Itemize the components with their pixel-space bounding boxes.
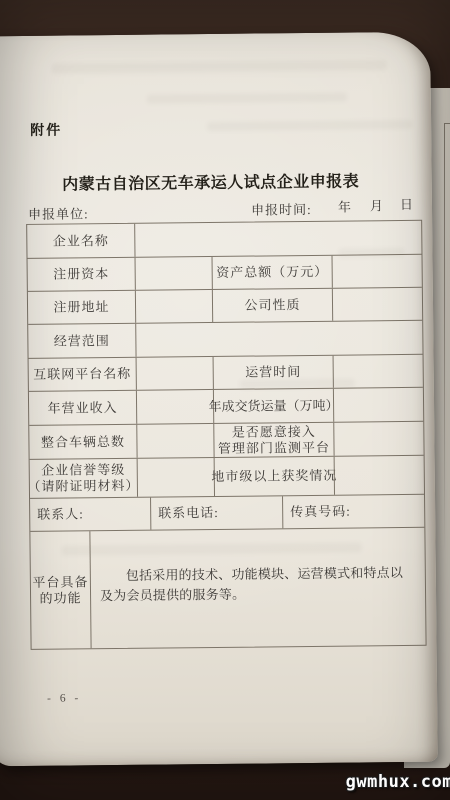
field-label: 经营范围 (54, 333, 110, 350)
table-row-platform-name: 互联网平台名称 运营时间 (29, 354, 423, 391)
table-label-cell: 互联网平台名称 (29, 358, 136, 391)
field-label: 年营业收入 (47, 400, 117, 417)
table-value-cell (135, 290, 212, 323)
contact-phone-label: 联系电话: (158, 505, 219, 522)
field-label: 企业信誉等级 （请附证明材料） (27, 462, 139, 495)
photo-background: 附件 内蒙古自治区无车承运人试点企业申报表 申报单位: 申报时间: 年 月 日 … (0, 0, 450, 800)
underlying-table-line-vertical (444, 123, 445, 553)
table-value-cell (137, 458, 214, 497)
table-content-cell: 包括采用的技术、功能模块、运营模式和特点以及为会员提供的服务等。 (89, 528, 425, 649)
table-value-cell (135, 257, 212, 290)
field-label: 平台具备 的功能 (32, 574, 88, 607)
year-label: 年 (338, 197, 351, 216)
table-label-cell: 运营时间 (213, 356, 333, 389)
table-value-cell (333, 388, 423, 422)
field-label: 互联网平台名称 (33, 366, 131, 383)
table-label-cell: 注册资本 (28, 258, 135, 291)
table-value-cell (136, 357, 213, 390)
table-label-cell: 是否愿意接入 管理部门监测平台 (213, 423, 333, 457)
table-value-cell (332, 255, 422, 288)
table-row-platform-functions: 平台具备 的功能 包括采用的技术、功能模块、运营模式和特点以及为会员提供的服务等… (30, 527, 425, 649)
table-value-cell (136, 390, 213, 424)
table-value-cell (332, 288, 422, 321)
table-label-cell: 联系人: (30, 498, 150, 531)
declare-time-label: 申报时间: (251, 199, 312, 219)
table-label-cell: 年营业收入 (29, 391, 136, 425)
attachment-label: 附件 (30, 120, 62, 140)
field-label: 企业名称 (53, 233, 109, 250)
bleed-through-mark (147, 93, 347, 104)
field-label: 资产总额（万元） (216, 264, 328, 281)
table-value-cell (135, 321, 422, 357)
declare-unit-label: 申报单位: (28, 203, 89, 223)
table-label-cell: 平台具备 的功能 (30, 531, 90, 649)
table-value-cell (134, 221, 421, 257)
table-label-cell: 联系电话: (150, 496, 282, 529)
platform-functions-description: 包括采用的技术、功能模块、运营模式和特点以及为会员提供的服务等。 (100, 562, 416, 605)
table-value-cell (334, 456, 424, 495)
field-label: 地市级以上获奖情况 (211, 468, 337, 485)
field-label: 公司性质 (244, 297, 300, 314)
table-row-registered-capital: 注册资本 资产总额（万元） (28, 254, 422, 291)
form-page: 附件 内蒙古自治区无车承运人试点企业申报表 申报单位: 申报时间: 年 月 日 … (0, 32, 438, 767)
table-label-cell: 注册地址 (28, 291, 135, 324)
field-label: 整合车辆总数 (41, 433, 125, 450)
table-row-company-name: 企业名称 (27, 221, 421, 258)
table-label-cell: 资产总额（万元） (212, 256, 332, 289)
application-table: 企业名称 注册资本 资产总额（万元） 注册地址 (26, 220, 426, 650)
table-row-business-scope: 经营范围 (28, 320, 422, 358)
table-label-cell: 企业信誉等级 （请附证明材料） (30, 459, 137, 498)
field-label: 注册地址 (53, 299, 109, 316)
table-row-credit-rating: 企业信誉等级 （请附证明材料） 地市级以上获奖情况 (30, 455, 424, 498)
watermark-text: gwmhux.com (346, 772, 450, 792)
underlying-table-line-horizontal (444, 123, 450, 124)
month-label: 月 (370, 195, 383, 214)
bleed-through-mark (207, 120, 412, 131)
table-label-cell: 经营范围 (28, 324, 135, 358)
table-label-cell: 地市级以上获奖情况 (214, 457, 334, 496)
table-label-cell: 整合车辆总数 (29, 425, 136, 459)
table-row-annual-revenue: 年营业收入 年成交货运量（万吨） (29, 387, 423, 425)
bleed-through-mark (51, 60, 386, 74)
fax-number-label: 传真号码: (290, 504, 351, 521)
table-value-cell (333, 422, 423, 456)
field-label: 年成交货运量（万吨） (208, 397, 338, 414)
page-number: - 6 - (47, 692, 81, 704)
contact-person-label: 联系人: (37, 506, 84, 522)
table-row-registered-address: 注册地址 公司性质 (28, 287, 422, 324)
table-label-cell: 公司性质 (212, 289, 332, 322)
table-value-cell (333, 355, 423, 388)
table-value-cell (136, 424, 213, 458)
day-label: 日 (400, 194, 413, 213)
table-label-cell: 传真号码: (282, 495, 424, 528)
table-label-cell: 年成交货运量（万吨） (213, 389, 333, 423)
field-label: 注册资本 (53, 266, 109, 283)
field-label: 运营时间 (245, 364, 301, 381)
field-label: 是否愿意接入 管理部门监测平台 (218, 423, 330, 456)
table-row-contact: 联系人: 联系电话: 传真号码: (30, 494, 424, 531)
page-title: 内蒙古自治区无车承运人试点企业申报表 (0, 168, 432, 196)
table-row-total-vehicles: 整合车辆总数 是否愿意接入 管理部门监测平台 (29, 421, 423, 459)
table-label-cell: 企业名称 (27, 224, 134, 258)
